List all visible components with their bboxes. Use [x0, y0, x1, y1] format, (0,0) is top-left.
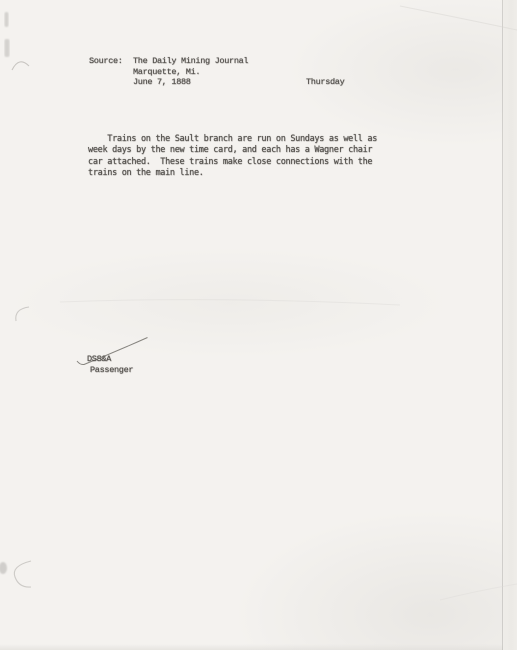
left-edge-smudge-bottom: [0, 562, 7, 574]
paper-right-edge-strip: [503, 0, 517, 650]
source-date: June 7, 1888: [133, 77, 191, 88]
scan-artifacts: [0, 0, 517, 650]
left-edge-smudge-top: [5, 12, 9, 27]
hole-punch-arc-top-icon: [12, 62, 29, 70]
category-label: Passenger: [90, 365, 133, 376]
hole-punch-arc-bottom-icon: [14, 561, 31, 587]
paper-crease-top-right: [400, 6, 517, 30]
weekday-label: Thursday: [306, 77, 344, 88]
railroad-abbr: DSS&A: [87, 354, 111, 365]
source-publication: The Daily Mining Journal: [133, 56, 248, 67]
paper-right-edge-line: [502, 0, 503, 650]
paper-crease-middle: [60, 300, 400, 305]
left-edge-smudge-second: [5, 39, 10, 57]
body-paragraph: Trains on the Sault branch are run on Su…: [88, 134, 377, 180]
hole-punch-arc-middle-icon: [16, 307, 29, 321]
scanned-document-page: Source: The Daily Mining Journal Marquet…: [0, 0, 517, 650]
paper-texture: [0, 0, 517, 650]
source-location: Marquette, Mi.: [133, 67, 200, 78]
source-label: Source:: [89, 56, 123, 67]
